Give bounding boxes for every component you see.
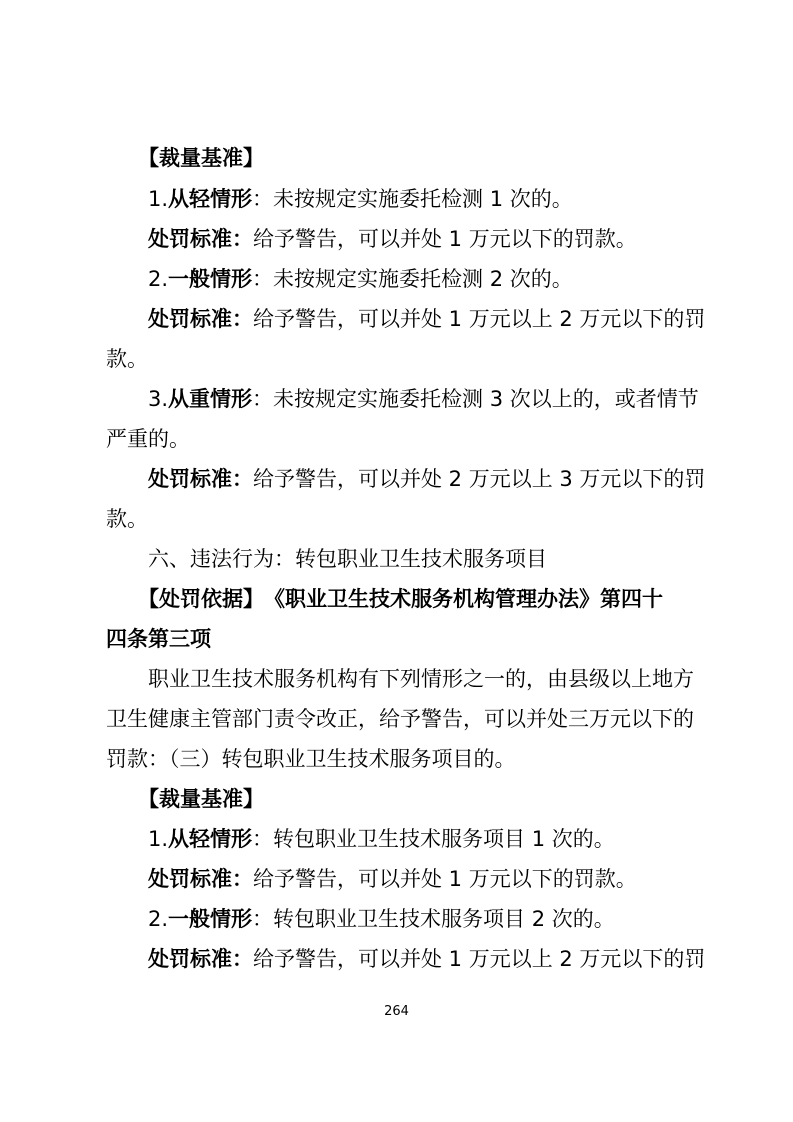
bold-label: 【处罚依据】 《职业卫生技术服务机构管理办法》第四十 — [138, 587, 663, 611]
text-line: 处罚标准：给予警告，可以并处 1 万元以下的罚款。 — [148, 225, 637, 253]
text-line: 款。 — [106, 345, 148, 373]
body-text: 给予警告，可以并处 1 万元以下的罚款。 — [253, 227, 637, 251]
text-line: 【裁量基准】 — [138, 144, 264, 172]
body-text: 六、违法行为：转包职业卫生技术服务项目 — [148, 547, 547, 571]
list-number: 1. — [148, 187, 168, 211]
body-text: 给予警告，可以并处 1 万元以上 2 万元以下的罚 — [253, 947, 705, 971]
text-line: 【处罚依据】 《职业卫生技术服务机构管理办法》第四十 — [138, 585, 663, 613]
body-text: 严重的。 — [106, 427, 190, 451]
text-line: 1.从轻情形：转包职业卫生技术服务项目 1 次的。 — [148, 825, 615, 853]
list-number: 2. — [148, 267, 168, 291]
body-text: ：转包职业卫生技术服务项目 1 次的。 — [252, 827, 615, 851]
bold-label: 从轻情形 — [168, 187, 252, 211]
body-text: 给予警告，可以并处 1 万元以上 2 万元以下的罚 — [253, 307, 705, 331]
text-line: 卫生健康主管部门责令改正，给予警告，可以并处三万元以下的 — [106, 705, 694, 733]
bold-label: 处罚标准： — [148, 947, 253, 971]
bold-label: 一般情形 — [168, 267, 252, 291]
bold-label: 处罚标准： — [148, 867, 253, 891]
text-line: 2.一般情形：未按规定实施委托检测 2 次的。 — [148, 265, 573, 293]
bold-label: 处罚标准： — [148, 227, 253, 251]
body-text: 款。 — [106, 347, 148, 371]
text-line: 处罚标准：给予警告，可以并处 1 万元以上 2 万元以下的罚 — [148, 305, 705, 333]
list-number: 2. — [148, 907, 168, 931]
body-text: 给予警告，可以并处 1 万元以下的罚款。 — [253, 867, 637, 891]
text-line: 处罚标准：给予警告，可以并处 1 万元以下的罚款。 — [148, 865, 637, 893]
body-text: 罚款：（三）转包职业卫生技术服务项目的。 — [106, 747, 516, 771]
body-text: 给予警告，可以并处 2 万元以上 3 万元以下的罚 — [253, 467, 705, 491]
body-text: ：转包职业卫生技术服务项目 2 次的。 — [252, 907, 615, 931]
body-text: 款。 — [106, 507, 148, 531]
text-line: 款。 — [106, 505, 148, 533]
text-line: 【裁量基准】 — [138, 785, 264, 813]
bold-label: 处罚标准： — [148, 307, 253, 331]
bold-label: 【裁量基准】 — [138, 146, 264, 170]
text-line: 罚款：（三）转包职业卫生技术服务项目的。 — [106, 745, 516, 773]
bold-label: 从轻情形 — [168, 827, 252, 851]
text-line: 处罚标准：给予警告，可以并处 2 万元以上 3 万元以下的罚 — [148, 465, 705, 493]
body-text: ：未按规定实施委托检测 1 次的。 — [252, 187, 573, 211]
list-number: 1. — [148, 827, 168, 851]
text-line: 职业卫生技术服务机构有下列情形之一的，由县级以上地方 — [148, 665, 694, 693]
body-text: 职业卫生技术服务机构有下列情形之一的，由县级以上地方 — [148, 667, 694, 691]
body-text: 卫生健康主管部门责令改正，给予警告，可以并处三万元以下的 — [106, 707, 694, 731]
bold-label: 【裁量基准】 — [138, 787, 264, 811]
bold-label: 一般情形 — [168, 907, 252, 931]
body-text: ：未按规定实施委托检测 3 次以上的，或者情节 — [252, 387, 699, 411]
bold-label: 从重情形 — [168, 387, 252, 411]
body-text: ：未按规定实施委托检测 2 次的。 — [252, 267, 573, 291]
text-line: 2.一般情形：转包职业卫生技术服务项目 2 次的。 — [148, 905, 615, 933]
text-line: 3.从重情形：未按规定实施委托检测 3 次以上的，或者情节 — [148, 385, 699, 413]
text-line: 六、违法行为：转包职业卫生技术服务项目 — [148, 545, 547, 573]
page-number: 264 — [0, 1004, 793, 1019]
text-line: 1.从轻情形：未按规定实施委托检测 1 次的。 — [148, 185, 573, 213]
list-number: 3. — [148, 387, 168, 411]
text-line: 四条第三项 — [106, 625, 211, 653]
text-line: 严重的。 — [106, 425, 190, 453]
bold-label: 四条第三项 — [106, 627, 211, 651]
bold-label: 处罚标准： — [148, 467, 253, 491]
text-line: 处罚标准：给予警告，可以并处 1 万元以上 2 万元以下的罚 — [148, 945, 705, 973]
